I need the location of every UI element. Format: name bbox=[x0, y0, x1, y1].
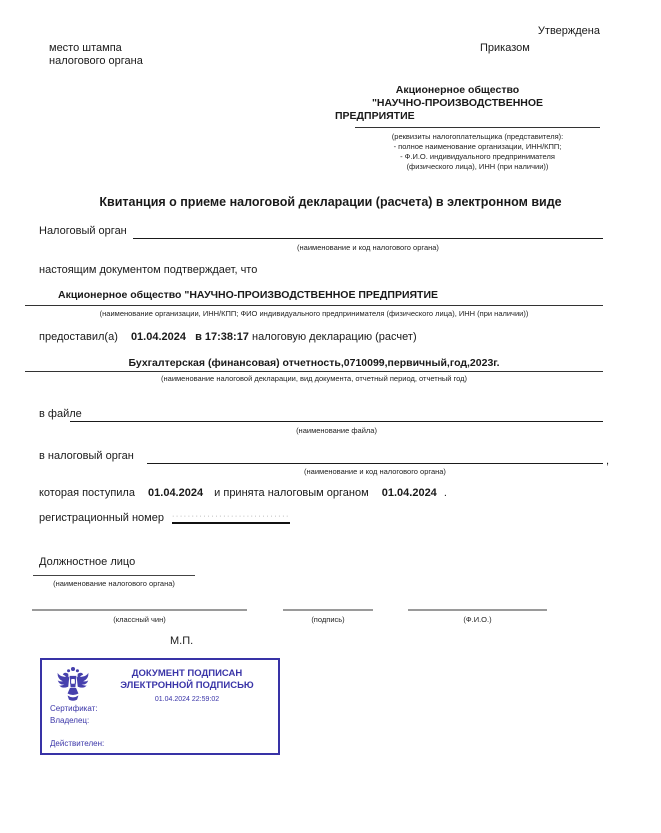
taxpayer-name-line3: ПРЕДПРИЯТИЕ bbox=[335, 110, 580, 123]
to-authority-caption: (наименование и код налогового органа) bbox=[147, 467, 603, 476]
confirm-text: настоящим документом подтверждает, что bbox=[39, 264, 257, 277]
submitted-time: 17:38:17 bbox=[205, 331, 249, 343]
signature-line bbox=[283, 609, 373, 611]
org-name: Акционерное общество "НАУЧНО-ПРОИЗВОДСТВ… bbox=[58, 289, 438, 302]
stamp-place-block: место штампа налогового органа bbox=[49, 42, 143, 68]
file-value-line bbox=[70, 409, 603, 422]
fio-line bbox=[408, 609, 547, 611]
stamp-title-block: ДОКУМЕНТ ПОДПИСАН ЭЛЕКТРОННОЙ ПОДПИСЬЮ bbox=[100, 668, 274, 692]
submitted-label: предоставил(а) bbox=[39, 331, 118, 343]
taxpayer-name-line2: "НАУЧНО-ПРОИЗВОДСТВЕННОЕ bbox=[335, 97, 580, 110]
taxpayer-caption-line4: (физического лица), ИНН (при наличии)) bbox=[350, 162, 605, 172]
official-label: Должностное лицо bbox=[39, 556, 135, 569]
to-authority-comma: , bbox=[606, 455, 609, 468]
taxpayer-caption-line2: - полное наименование организации, ИНН/К… bbox=[350, 142, 605, 152]
org-caption: (наименование организации, ИНН/КПП; ФИО … bbox=[25, 309, 603, 318]
stamp-valid-label: Действителен: bbox=[50, 739, 104, 748]
stamp-place-line1: место штампа bbox=[49, 42, 143, 55]
received-date: 01.04.2024 bbox=[148, 487, 203, 499]
signature-caption: (подпись) bbox=[283, 615, 373, 624]
stamp-title-line2: ЭЛЕКТРОННОЙ ПОДПИСЬЮ bbox=[100, 680, 274, 692]
taxpayer-caption-line1: (реквизиты налогоплательщика (представит… bbox=[350, 132, 605, 142]
received-mid: и принята налоговым органом bbox=[214, 487, 369, 499]
accepted-date: 01.04.2024 bbox=[382, 487, 437, 499]
submitted-in-word: в bbox=[195, 331, 202, 343]
taxpayer-caption-block: (реквизиты налогоплательщика (представит… bbox=[350, 132, 605, 172]
approved-label: Утверждена bbox=[400, 25, 600, 38]
received-row: которая поступила 01.04.2024 и принята н… bbox=[39, 487, 447, 500]
official-authority-caption: (наименование налогового органа) bbox=[33, 579, 195, 588]
stamp-owner-label: Владелец: bbox=[50, 716, 89, 725]
taxpayer-underline bbox=[355, 127, 600, 128]
stamp-certificate-label: Сертификат: bbox=[50, 704, 98, 713]
file-caption: (наименование файла) bbox=[70, 426, 603, 435]
taxpayer-caption-line3: - Ф.И.О. индивидуального предпринимателя bbox=[350, 152, 605, 162]
submitted-tail: налоговую декларацию (расчет) bbox=[252, 331, 417, 343]
coat-of-arms-eagle-icon bbox=[56, 666, 90, 704]
fio-caption: (Ф.И.О.) bbox=[408, 615, 547, 624]
declaration-name: Бухгалтерская (финансовая) отчетность,07… bbox=[25, 357, 603, 370]
official-authority-line bbox=[33, 575, 195, 576]
document-page: Утверждена Приказом место штампа налогов… bbox=[0, 0, 661, 833]
to-authority-value-line bbox=[147, 451, 603, 464]
stamp-title-line1: ДОКУМЕНТ ПОДПИСАН bbox=[100, 668, 274, 680]
submitted-date: 01.04.2024 bbox=[131, 331, 186, 343]
page-title: Квитанция о приеме налоговой декларации … bbox=[0, 195, 661, 209]
tax-authority-value-line bbox=[133, 226, 603, 239]
submitted-row: предоставил(а) 01.04.2024 в 17:38:17 нал… bbox=[39, 331, 417, 344]
tax-authority-label: Налоговый орган bbox=[39, 225, 127, 238]
taxpayer-name-line1: Акционерное общество bbox=[335, 84, 580, 97]
org-name-underline bbox=[25, 305, 603, 306]
rank-signature-line bbox=[32, 609, 247, 611]
received-label: которая поступила bbox=[39, 487, 135, 499]
stamp-place-line2: налогового органа bbox=[49, 55, 143, 68]
declaration-underline bbox=[25, 371, 603, 372]
tax-authority-caption: (наименование и код налогового органа) bbox=[133, 243, 603, 252]
received-period: . bbox=[444, 487, 447, 499]
by-order-label: Приказом bbox=[480, 42, 530, 55]
seal-mark: М.П. bbox=[170, 635, 193, 648]
esignature-stamp: ДОКУМЕНТ ПОДПИСАН ЭЛЕКТРОННОЙ ПОДПИСЬЮ 0… bbox=[40, 658, 280, 755]
declaration-caption: (наименование налоговой декларации, вид … bbox=[25, 374, 603, 383]
taxpayer-name-block: Акционерное общество "НАУЧНО-ПРОИЗВОДСТВ… bbox=[335, 84, 580, 123]
rank-caption: (классный чин) bbox=[32, 615, 247, 624]
to-authority-label: в налоговый орган bbox=[39, 450, 134, 463]
stamp-datetime: 01.04.2024 22:59:02 bbox=[100, 696, 274, 703]
reg-number-label: регистрационный номер bbox=[39, 512, 164, 525]
reg-number-redacted: ································ bbox=[172, 511, 290, 524]
